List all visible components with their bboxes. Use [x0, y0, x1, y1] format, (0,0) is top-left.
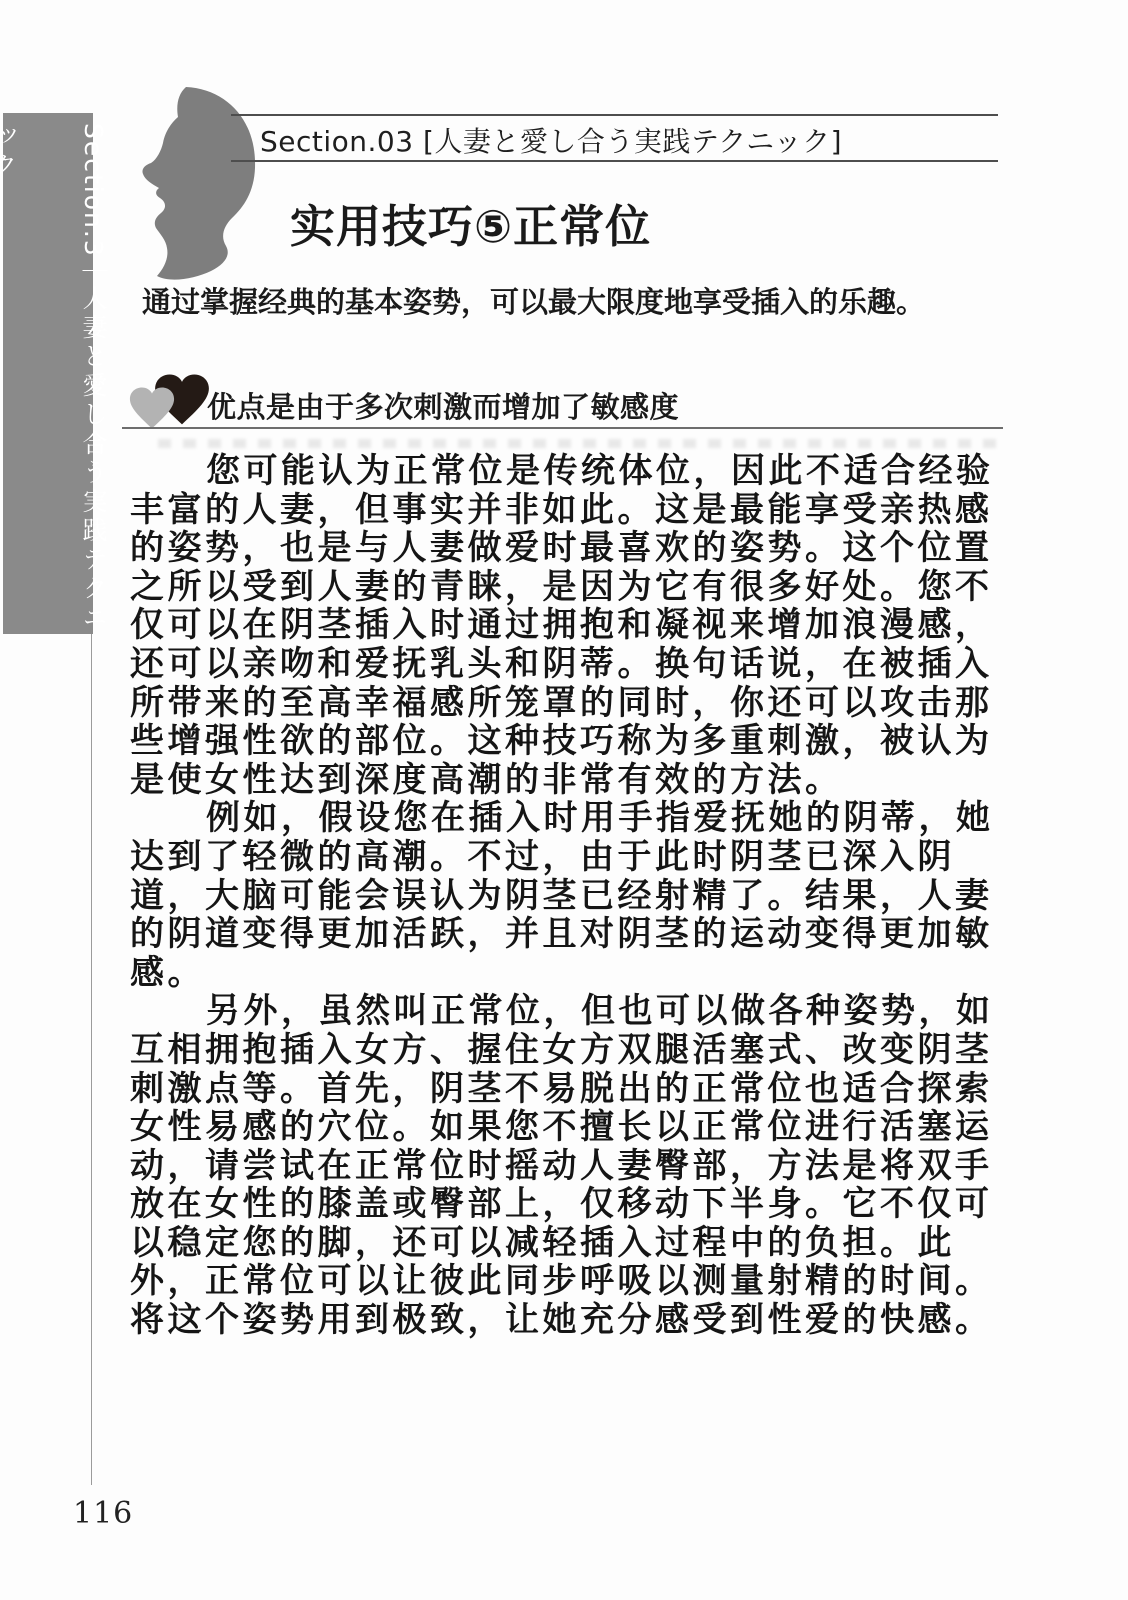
section-heading: 优点是由于多次刺激而增加了敏感度	[207, 385, 679, 426]
body-line: 丰富的人妻，但事实并非如此。这是最能享受亲热感	[130, 491, 1005, 530]
section-header-text: Section.03 [人妻と愛し合う実践テクニック]	[260, 120, 842, 160]
body-line: 动，请尝试在正常位时摇动人妻臀部，方法是将双手	[130, 1147, 1005, 1186]
body-line: 的姿势，也是与人妻做爱时最喜欢的姿势。这个位置	[130, 529, 1005, 568]
page-number: 116	[73, 1496, 133, 1531]
body-line: 还可以亲吻和爱抚乳头和阴蒂。换句话说，在被插入	[130, 645, 1005, 684]
body-line: 感。	[130, 954, 1005, 993]
header-rule-bottom	[231, 160, 998, 162]
page-title: 实用技巧⑤正常位	[290, 190, 651, 255]
book-page: Section.3｜人妻と愛し合う実践テクニック Section.03 [人妻と…	[0, 0, 1128, 1600]
body-line: 是使女性达到深度高潮的非常有效的方法。	[130, 761, 1005, 800]
header-rule-top	[231, 114, 998, 116]
scan-artifact	[158, 439, 998, 448]
body-line: 所带来的至高幸福感所笼罩的同时，你还可以攻击那	[130, 684, 1005, 723]
body-line: 的阴道变得更加活跃，并且对阴茎的运动变得更加敏	[130, 915, 1005, 954]
body-line: 将这个姿势用到极致，让她充分感受到性爱的快感。	[130, 1301, 1005, 1340]
section-sidebar: Section.3｜人妻と愛し合う実践テクニック	[3, 113, 93, 634]
body-line: 些增强性欲的部位。这种技巧称为多重刺激，被认为	[130, 722, 1005, 761]
body-line: 仅可以在阴茎插入时通过拥抱和凝视来增加浪漫感，	[130, 606, 1005, 645]
body-line: 互相拥抱插入女方、握住女方双腿活塞式、改变阴茎	[130, 1031, 1005, 1070]
double-heart-icon	[126, 372, 210, 432]
page-subtitle: 通过掌握经典的基本姿势，可以最大限度地享受插入的乐趣。	[142, 280, 925, 321]
body-line: 放在女性的膝盖或臀部上，仅移动下半身。它不仅可	[130, 1185, 1005, 1224]
body-text: 您可能认为正常位是传统体位，因此不适合经验丰富的人妻，但事实并非如此。这是最能享…	[130, 452, 1005, 1340]
body-line: 另外，虽然叫正常位，但也可以做各种姿势，如	[130, 992, 1005, 1031]
body-line: 之所以受到人妻的青睐，是因为它有很多好处。您不	[130, 568, 1005, 607]
body-line: 例如，假设您在插入时用手指爱抚她的阴蒂，她	[130, 799, 1005, 838]
sidebar-section-label: Section.3	[79, 123, 108, 258]
body-line: 道，大脑可能会误认为阴茎已经射精了。结果，人妻	[130, 877, 1005, 916]
heading-rule	[122, 427, 1003, 429]
body-line: 以稳定您的脚，还可以减轻插入过程中的负担。此	[130, 1224, 1005, 1263]
body-line: 外，正常位可以让彼此同步呼吸以测量射精的时间。	[130, 1262, 1005, 1301]
body-line: 您可能认为正常位是传统体位，因此不适合经验	[130, 452, 1005, 491]
body-line: 刺激点等。首先，阴茎不易脱出的正常位也适合探索	[130, 1070, 1005, 1109]
body-line: 女性易感的穴位。如果您不擅长以正常位进行活塞运	[130, 1108, 1005, 1147]
sidebar-vertical-rule	[91, 634, 92, 1485]
sidebar-divider: ｜	[79, 258, 108, 285]
body-line: 达到了轻微的高潮。不过，由于此时阴茎已深入阴	[130, 838, 1005, 877]
